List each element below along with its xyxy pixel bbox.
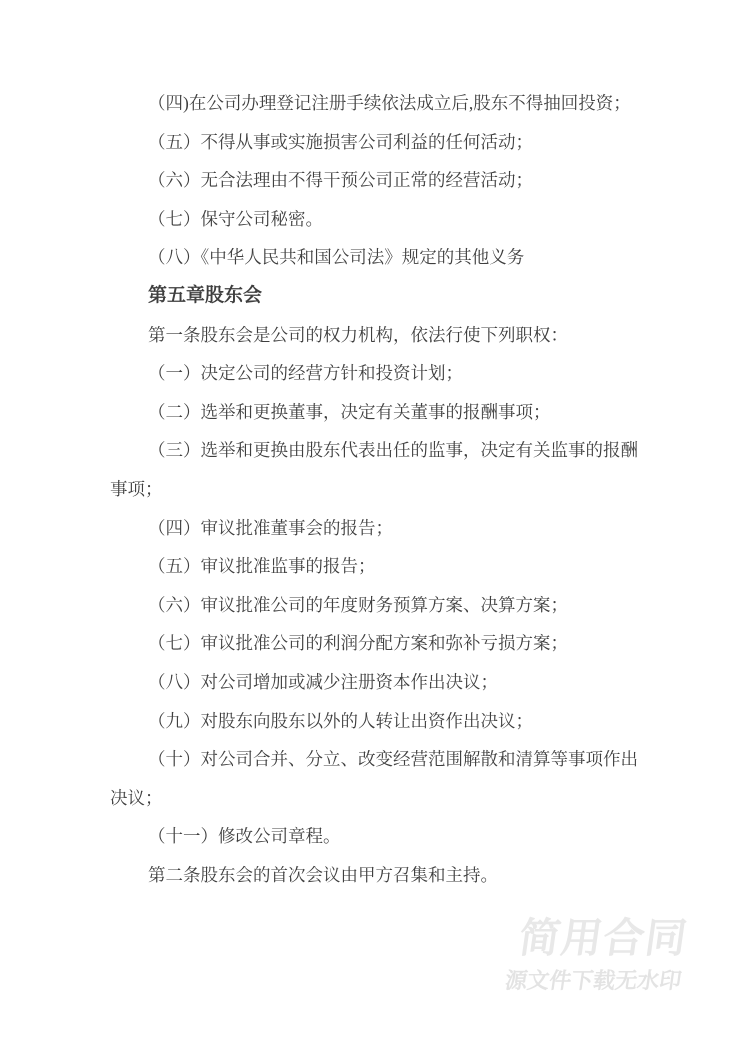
document-line: （十）对公司合并、分立、改变经营范围解散和清算等事项作出 — [110, 740, 650, 779]
watermark-subtitle: 源文件下载无水印 — [504, 969, 683, 993]
document-line: 第一条股东会是公司的权力机构，依法行使下列职权： — [110, 316, 650, 355]
watermark-title: 简用合同 — [508, 916, 690, 960]
document-line: （五）审议批准监事的报告； — [110, 547, 650, 586]
document-line: （一）决定公司的经营方针和投资计划； — [110, 354, 650, 393]
document-line: 第二条股东会的首次会议由甲方召集和主持。 — [110, 856, 650, 895]
document-line: 决议； — [110, 779, 650, 818]
document-line: 事项； — [110, 470, 650, 509]
document-line: （四）审议批准董事会的报告； — [110, 509, 650, 548]
document-line: （七）保守公司秘密。 — [110, 200, 650, 239]
document-line: （四)在公司办理登记注册手续依法成立后,股东不得抽回投资； — [110, 84, 650, 123]
document-line: （十一）修改公司章程。 — [110, 817, 650, 856]
document-text: （四)在公司办理登记注册手续依法成立后,股东不得抽回投资；（五）不得从事或实施损… — [110, 84, 650, 894]
document-line: （三）选举和更换由股东代表出任的监事，决定有关监事的报酬 — [110, 431, 650, 470]
watermark: 简用合同 源文件下载无水印 — [504, 916, 691, 993]
document-line: （六）无合法理由不得干预公司正常的经营活动； — [110, 161, 650, 200]
document-line: （五）不得从事或实施损害公司利益的任何活动； — [110, 123, 650, 162]
document-line: （八）对公司增加或减少注册资本作出决议； — [110, 663, 650, 702]
document-line: （七）审议批准公司的利润分配方案和弥补亏损方案； — [110, 624, 650, 663]
chapter-heading: 第五章股东会 — [110, 277, 650, 316]
document-line: （二）选举和更换董事，决定有关董事的报酬事项； — [110, 393, 650, 432]
document-line: （九）对股东向股东以外的人转让出资作出决议； — [110, 702, 650, 741]
document-line: （六）审议批准公司的年度财务预算方案、决算方案； — [110, 586, 650, 625]
document-line: （八）《中华人民共和国公司法》规定的其他义务 — [110, 238, 650, 277]
document-page: （四)在公司办理登记注册手续依法成立后,股东不得抽回投资；（五）不得从事或实施损… — [0, 0, 742, 1049]
